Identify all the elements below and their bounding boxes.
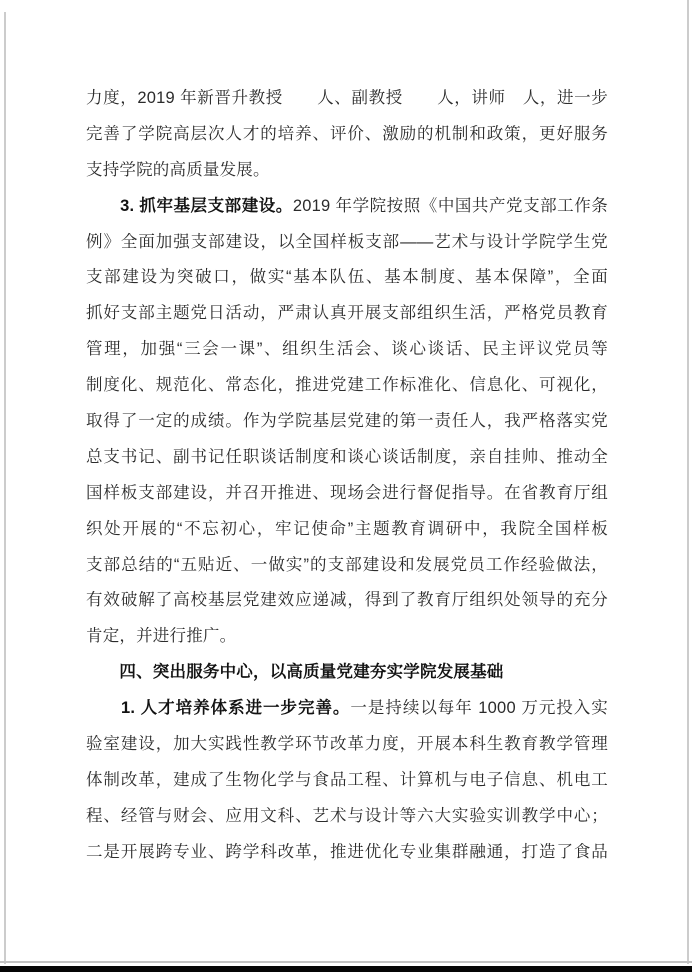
text-line: 力度，2019 年新晋升教授 人、副教授 人，讲师 人，进一步: [86, 81, 608, 117]
text-segment: 例》全面加强支部建设，以全国样板支部——艺术与设计学院学生党: [86, 233, 608, 251]
text-segment: 体制改革，建成了生物化学与食品工程、计算机与电子信息、机电工: [86, 771, 608, 789]
text-line: 例》全面加强支部建设，以全国样板支部——艺术与设计学院学生党: [86, 225, 608, 261]
text-segment: 程、经管与财会、应用文科、艺术与设计等六大实验实训教学中心；: [86, 807, 608, 825]
text-line: 四、突出服务中心，以高质量党建夯实学院发展基础: [86, 655, 608, 691]
text-segment: 二是开展跨专业、跨学科改革，推进优化专业集群融通，打造了食品: [86, 843, 608, 861]
text-segment: 完善了学院高层次人才的培养、评价、激励的机制和政策，更好服务: [86, 125, 608, 143]
text-line: 织处开展的“不忘初心，牢记使命”主题教育调研中，我院全国样板: [86, 512, 608, 548]
text-segment: 制度化、规范化、常态化，推进党建工作标准化、信息化、可视化，: [86, 376, 608, 394]
text-segment: 2019 年学院按照《中国共产党支部工作条: [293, 197, 608, 215]
text-line: 取得了一定的成绩。作为学院基层党建的第一责任人，我严格落实党: [86, 404, 608, 440]
text-segment: 有效破解了高校基层党建效应递减，得到了教育厅组织处领导的充分: [86, 591, 608, 609]
text-segment: 验室建设，加大实践性教学环节改革力度，开展本科生教育教学管理: [86, 735, 608, 753]
text-segment: 取得了一定的成绩。作为学院基层党建的第一责任人，我严格落实党: [86, 412, 608, 430]
document-page: 力度，2019 年新晋升教授 人、副教授 人，讲师 人，进一步完善了学院高层次人…: [0, 0, 692, 972]
text-line: 支部建设为突破口，做实“基本队伍、基本制度、基本保障”，全面: [86, 260, 608, 296]
text-line: 抓好支部主题党日活动，严肃认真开展支部组织生活，严格党员教育: [86, 296, 608, 332]
page-left-edge: [4, 12, 6, 964]
page-bottom-edge: [0, 961, 692, 963]
text-line: 3. 抓牢基层支部建设。2019 年学院按照《中国共产党支部工作条: [86, 189, 608, 225]
page-right-edge: [687, 0, 689, 964]
text-line: 1. 人才培养体系进一步完善。一是持续以每年 1000 万元投入实: [86, 691, 608, 727]
text-segment: 支持学院的高质量发展。: [86, 161, 270, 179]
text-line: 制度化、规范化、常态化，推进党建工作标准化、信息化、可视化，: [86, 368, 608, 404]
text-segment-bold: 3. 抓牢基层支部建设。: [86, 197, 293, 215]
text-line: 支部总结的“五贴近、一做实”的支部建设和发展党员工作经验做法，: [86, 548, 608, 584]
text-segment: 织处开展的“不忘初心，牢记使命”主题教育调研中，我院全国样板: [86, 520, 608, 538]
text-line: 程、经管与财会、应用文科、艺术与设计等六大实验实训教学中心；: [86, 799, 608, 835]
text-line: 有效破解了高校基层党建效应递减，得到了教育厅组织处领导的充分: [86, 583, 608, 619]
text-line: 国样板支部建设，并召开推进、现场会进行督促指导。在省教育厅组: [86, 476, 608, 512]
text-segment: 一是持续以每年 1000 万元投入实: [350, 699, 608, 717]
bottom-black-bar: [0, 966, 692, 972]
text-segment: 支部总结的“五贴近、一做实”的支部建设和发展党员工作经验做法，: [86, 556, 608, 574]
text-segment-bold: 1. 人才培养体系进一步完善。: [86, 699, 350, 717]
text-line: 管理，加强“三会一课”、组织生活会、谈心谈话、民主评议党员等: [86, 332, 608, 368]
text-segment: 抓好支部主题党日活动，严肃认真开展支部组织生活，严格党员教育: [86, 304, 608, 322]
text-line: 二是开展跨专业、跨学科改革，推进优化专业集群融通，打造了食品: [86, 835, 608, 871]
text-segment: 管理，加强“三会一课”、组织生活会、谈心谈话、民主评议党员等: [86, 340, 608, 358]
text-line: 总支书记、副书记任职谈话制度和谈心谈话制度，亲自挂帅、推动全: [86, 440, 608, 476]
text-line: 支持学院的高质量发展。: [86, 153, 608, 189]
text-line: 完善了学院高层次人才的培养、评价、激励的机制和政策，更好服务: [86, 117, 608, 153]
text-line: 肯定，并进行推广。: [86, 619, 608, 655]
text-line: 体制改革，建成了生物化学与食品工程、计算机与电子信息、机电工: [86, 763, 608, 799]
text-segment: 力度，2019 年新晋升教授 人、副教授 人，讲师 人，进一步: [86, 89, 608, 107]
text-line: 验室建设，加大实践性教学环节改革力度，开展本科生教育教学管理: [86, 727, 608, 763]
text-segment: 国样板支部建设，并召开推进、现场会进行督促指导。在省教育厅组: [86, 484, 608, 502]
text-segment: 总支书记、副书记任职谈话制度和谈心谈话制度，亲自挂帅、推动全: [86, 448, 608, 466]
text-segment-bold: 四、突出服务中心，以高质量党建夯实学院发展基础: [86, 663, 504, 681]
document-text: 力度，2019 年新晋升教授 人、副教授 人，讲师 人，进一步完善了学院高层次人…: [86, 81, 608, 871]
text-segment: 支部建设为突破口，做实“基本队伍、基本制度、基本保障”，全面: [86, 268, 608, 286]
text-segment: 肯定，并进行推广。: [86, 627, 236, 645]
